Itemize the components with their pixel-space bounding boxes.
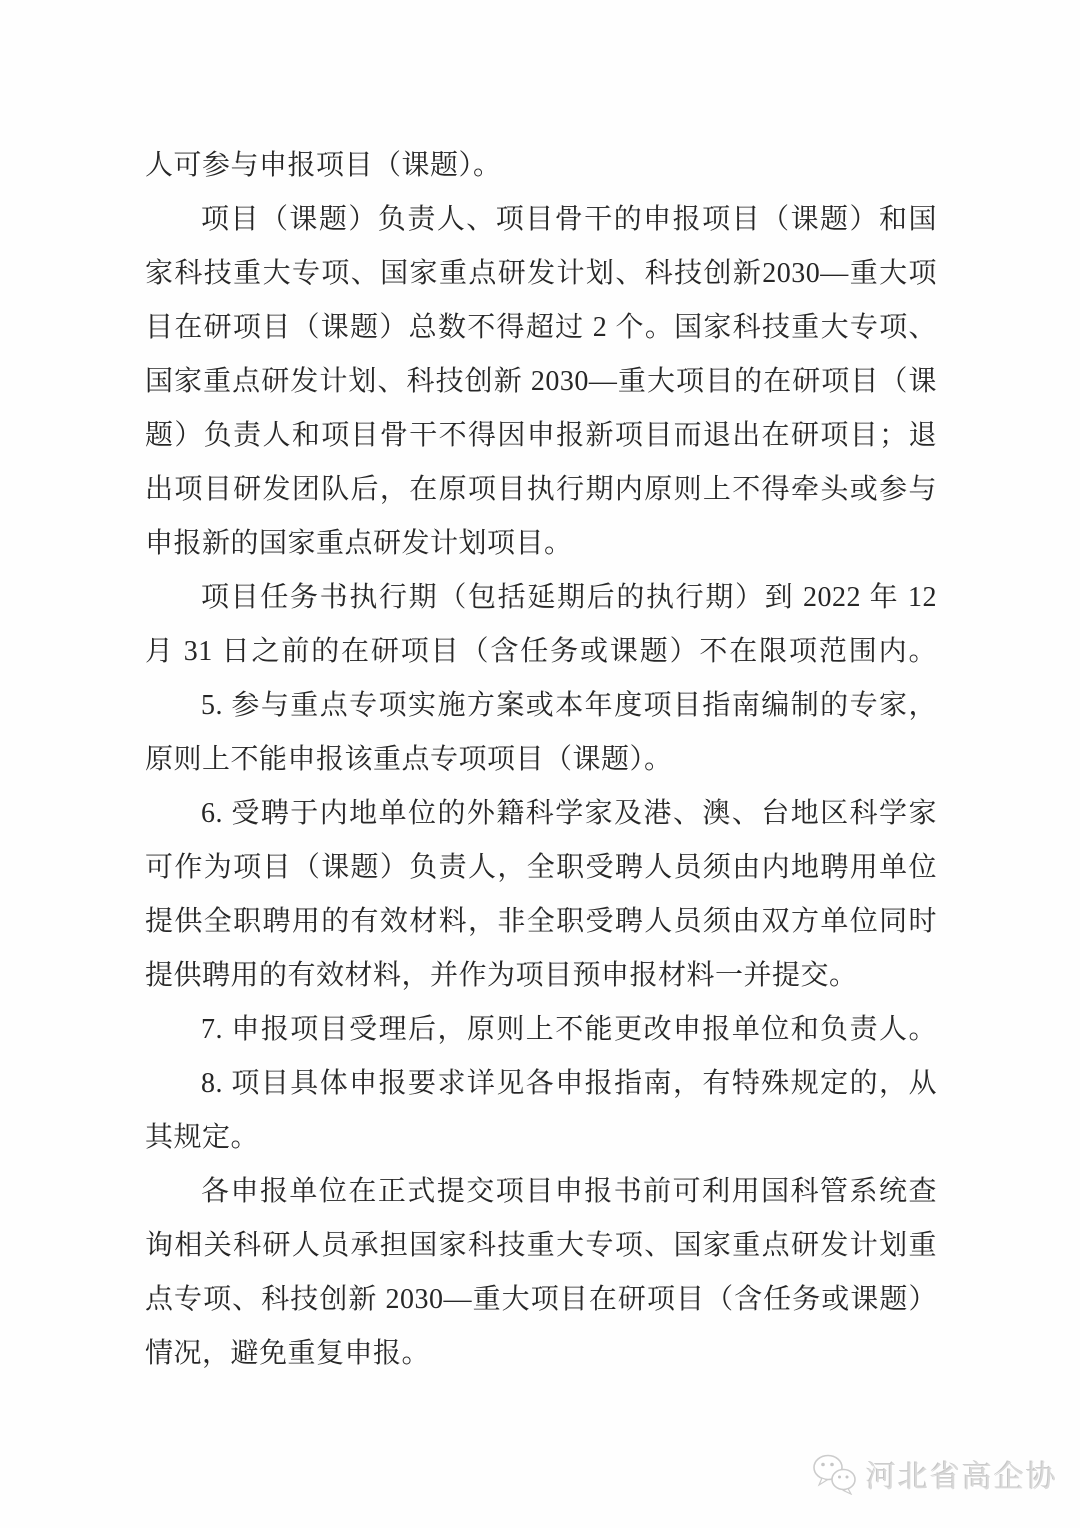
text-line: 人可参与申报项目（课题）。: [145, 139, 937, 193]
text-line: 家科技重大专项、国家重点研发计划、科技创新2030—重大项: [145, 247, 937, 301]
text-line: 6. 受聘于内地单位的外籍科学家及港、澳、台地区科学家: [145, 787, 937, 841]
text-line: 原则上不能申报该重点专项项目（课题）。: [145, 733, 937, 787]
text-line: 题）负责人和项目骨干不得因申报新项目而退出在研项目；退: [145, 409, 937, 463]
text-line: 可作为项目（课题）负责人，全职受聘人员须由内地聘用单位: [145, 841, 937, 895]
text-line: 其规定。: [145, 1111, 937, 1165]
wechat-icon: [812, 1453, 858, 1495]
text-line: 8. 项目具体申报要求详见各申报指南，有特殊规定的，从: [145, 1057, 937, 1111]
text-line: 项目（课题）负责人、项目骨干的申报项目（课题）和国: [145, 193, 937, 247]
document-page: 人可参与申报项目（课题）。项目（课题）负责人、项目骨干的申报项目（课题）和国家科…: [0, 0, 1080, 1528]
text-line: 提供全职聘用的有效材料，非全职受聘人员须由双方单位同时: [145, 895, 937, 949]
text-line: 出项目研发团队后，在原项目执行期内原则上不得牵头或参与: [145, 463, 937, 517]
text-line: 询相关科研人员承担国家科技重大专项、国家重点研发计划重: [145, 1219, 937, 1273]
text-line: 目在研项目（课题）总数不得超过 2 个。国家科技重大专项、: [145, 301, 937, 355]
text-line: 点专项、科技创新 2030—重大项目在研项目（含任务或课题）: [145, 1273, 937, 1327]
text-line: 国家重点研发计划、科技创新 2030—重大项目的在研项目（课: [145, 355, 937, 409]
text-line: 提供聘用的有效材料，并作为项目预申报材料一并提交。: [145, 949, 937, 1003]
text-line: 月 31 日之前的在研项目（含任务或课题）不在限项范围内。: [145, 625, 937, 679]
text-line: 申报新的国家重点研发计划项目。: [145, 517, 937, 571]
text-line: 情况，避免重复申报。: [145, 1327, 937, 1381]
text-line: 项目任务书执行期（包括延期后的执行期）到 2022 年 12: [145, 571, 937, 625]
text-line: 各申报单位在正式提交项目申报书前可利用国科管系统查: [145, 1165, 937, 1219]
text-line: 5. 参与重点专项实施方案或本年度项目指南编制的专家，: [145, 679, 937, 733]
watermark-label: 河北省高企协: [866, 1452, 1058, 1496]
watermark: 河北省高企协: [812, 1452, 1058, 1496]
document-text: 人可参与申报项目（课题）。项目（课题）负责人、项目骨干的申报项目（课题）和国家科…: [145, 139, 937, 1381]
text-line: 7. 申报项目受理后，原则上不能更改申报单位和负责人。: [145, 1003, 937, 1057]
